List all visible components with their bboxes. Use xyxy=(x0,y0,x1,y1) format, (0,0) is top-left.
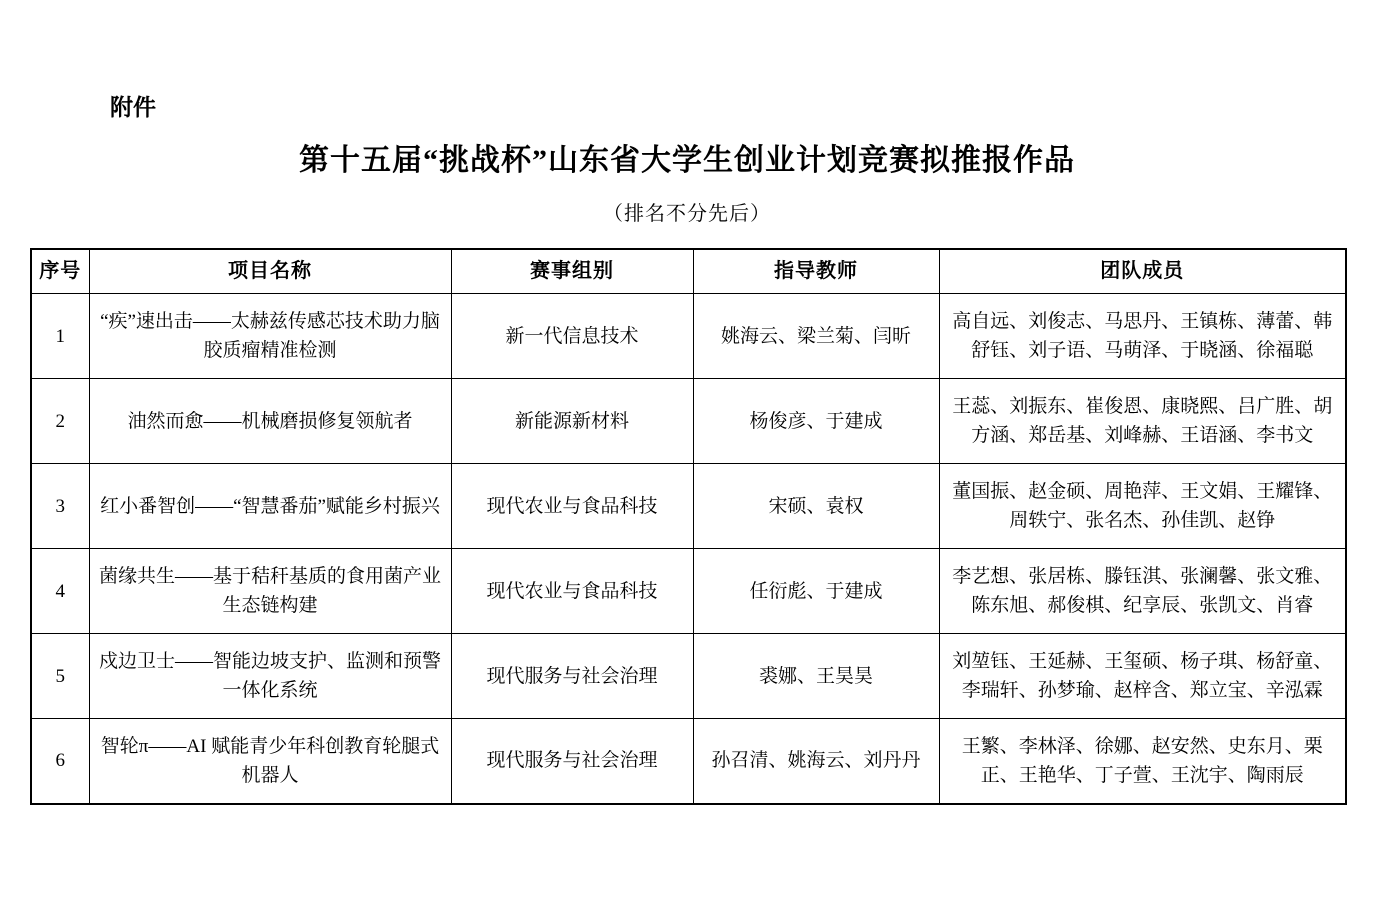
table-row: 1 “疾”速出击——太赫兹传感芯技术助力脑胶质瘤精准检测 新一代信息技术 姚海云… xyxy=(31,294,1346,379)
cell-members: 李艺想、张居栋、滕钰淇、张澜馨、张文雅、陈东旭、郝俊棋、纪享辰、张凯文、肖睿 xyxy=(939,549,1346,634)
column-header-category: 赛事组别 xyxy=(451,249,693,294)
table-header-row: 序号 项目名称 赛事组别 指导教师 团队成员 xyxy=(31,249,1346,294)
works-table: 序号 项目名称 赛事组别 指导教师 团队成员 1 “疾”速出击——太赫兹传感芯技… xyxy=(30,248,1347,805)
cell-project: “疾”速出击——太赫兹传感芯技术助力脑胶质瘤精准检测 xyxy=(89,294,451,379)
cell-members: 王繁、李林泽、徐娜、赵安然、史东月、栗正、王艳华、丁子萱、王沈宇、陶雨辰 xyxy=(939,719,1346,804)
cell-no: 4 xyxy=(31,549,89,634)
attachment-label: 附件 xyxy=(110,95,1374,120)
cell-category: 现代服务与社会治理 xyxy=(451,719,693,804)
table-row: 2 油然而愈——机械磨损修复领航者 新能源新材料 杨俊彦、于建成 王蕊、刘振东、… xyxy=(31,379,1346,464)
cell-teachers: 姚海云、梁兰菊、闫昕 xyxy=(693,294,939,379)
table-row: 3 红小番智创——“智慧番茄”赋能乡村振兴 现代农业与食品科技 宋硕、袁权 董国… xyxy=(31,464,1346,549)
cell-teachers: 杨俊彦、于建成 xyxy=(693,379,939,464)
cell-category: 新能源新材料 xyxy=(451,379,693,464)
document-page: 附件 第十五届“挑战杯”山东省大学生创业计划竞赛拟推报作品 （排名不分先后） 序… xyxy=(0,0,1374,918)
cell-no: 3 xyxy=(31,464,89,549)
column-header-project: 项目名称 xyxy=(89,249,451,294)
cell-category: 新一代信息技术 xyxy=(451,294,693,379)
cell-teachers: 任衍彪、于建成 xyxy=(693,549,939,634)
table-row: 5 戍边卫士——智能边坡支护、监测和预警一体化系统 现代服务与社会治理 裘娜、王… xyxy=(31,634,1346,719)
cell-no: 6 xyxy=(31,719,89,804)
page-title: 第十五届“挑战杯”山东省大学生创业计划竞赛拟推报作品 xyxy=(0,144,1374,179)
cell-project: 智轮π——AI 赋能青少年科创教育轮腿式机器人 xyxy=(89,719,451,804)
column-header-members: 团队成员 xyxy=(939,249,1346,294)
cell-teachers: 裘娜、王昊昊 xyxy=(693,634,939,719)
cell-teachers: 宋硕、袁权 xyxy=(693,464,939,549)
cell-no: 1 xyxy=(31,294,89,379)
cell-teachers: 孙召清、姚海云、刘丹丹 xyxy=(693,719,939,804)
table-row: 4 菌缘共生——基于秸秆基质的食用菌产业生态链构建 现代农业与食品科技 任衍彪、… xyxy=(31,549,1346,634)
cell-members: 刘堃钰、王延赫、王玺硕、杨子琪、杨舒童、李瑞轩、孙梦瑜、赵梓含、郑立宝、辛泓霖 xyxy=(939,634,1346,719)
cell-project: 戍边卫士——智能边坡支护、监测和预警一体化系统 xyxy=(89,634,451,719)
cell-category: 现代农业与食品科技 xyxy=(451,464,693,549)
page-subtitle: （排名不分先后） xyxy=(0,197,1374,226)
cell-no: 2 xyxy=(31,379,89,464)
cell-project: 红小番智创——“智慧番茄”赋能乡村振兴 xyxy=(89,464,451,549)
cell-category: 现代服务与社会治理 xyxy=(451,634,693,719)
column-header-no: 序号 xyxy=(31,249,89,294)
cell-members: 董国振、赵金硕、周艳萍、王文娟、王耀锋、周轶宁、张名杰、孙佳凯、赵铮 xyxy=(939,464,1346,549)
column-header-teachers: 指导教师 xyxy=(693,249,939,294)
table-row: 6 智轮π——AI 赋能青少年科创教育轮腿式机器人 现代服务与社会治理 孙召清、… xyxy=(31,719,1346,804)
cell-project: 菌缘共生——基于秸秆基质的食用菌产业生态链构建 xyxy=(89,549,451,634)
cell-no: 5 xyxy=(31,634,89,719)
cell-project: 油然而愈——机械磨损修复领航者 xyxy=(89,379,451,464)
cell-category: 现代农业与食品科技 xyxy=(451,549,693,634)
cell-members: 王蕊、刘振东、崔俊恩、康晓熙、吕广胜、胡方涵、郑岳基、刘峰赫、王语涵、李书文 xyxy=(939,379,1346,464)
cell-members: 高自远、刘俊志、马思丹、王镇栋、薄蕾、韩舒钰、刘子语、马萌泽、于晓涵、徐福聪 xyxy=(939,294,1346,379)
